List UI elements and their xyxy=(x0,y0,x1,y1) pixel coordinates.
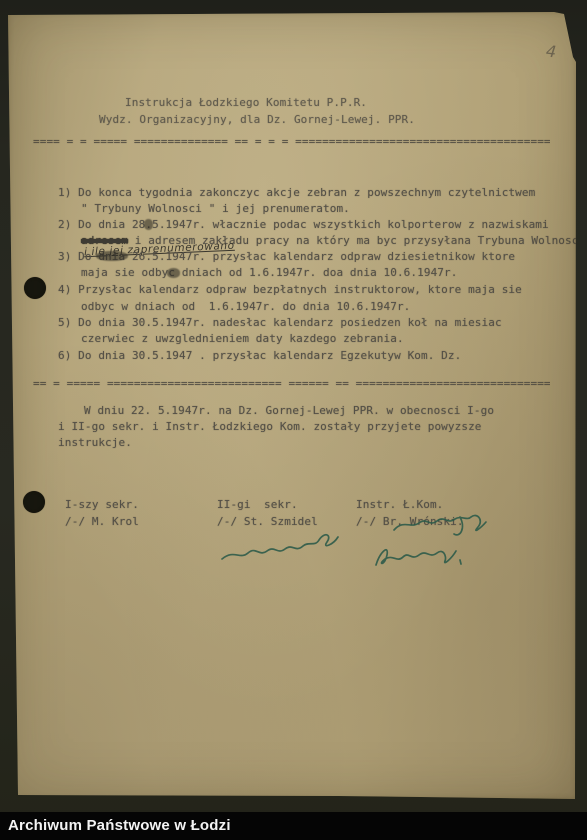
archive-caption: Archiwum Państwowe w Łodzi xyxy=(8,812,231,840)
instruction-line: 1) Do konca tygodnia zakonczyc akcje zeb… xyxy=(58,186,535,199)
instruction-line: 5) Do dnia 30.5.1947r. nadesłac kalendar… xyxy=(58,316,502,329)
separator-rule-bottom: == = ===== ========================== ==… xyxy=(33,377,550,390)
caption-bar: Archiwum Państwowe w Łodzi xyxy=(0,812,587,840)
signature-role-3: Instr. Ł.Kom. xyxy=(356,498,443,511)
punch-hole-bottom xyxy=(23,491,45,513)
instruction-line: odbyc w dniach od 1.6.1947r. do dnia 10.… xyxy=(81,300,410,313)
instruction-line: maja sie odbyc dniach od 1.6.1947r. doa … xyxy=(81,266,457,279)
instruction-line: czerwiec z uwzglednieniem daty kazdego z… xyxy=(81,332,404,345)
signature-name-2: /-/ St. Szmidel xyxy=(217,515,318,528)
ink-smudge xyxy=(144,219,153,230)
signature-name-3: /-/ Br. Wrónski. xyxy=(356,515,464,528)
instruction-line: 6) Do dnia 30.5.1947 . przysłac kalendar… xyxy=(58,349,461,362)
signature-scribble-szmidel xyxy=(222,535,338,559)
signature-role-1: I-szy sekr. xyxy=(65,498,139,511)
document-title-line2: Wydz. Organizacyjny, dla Dz. Gornej-Lewe… xyxy=(99,113,415,126)
signature-role-2: II-gi sekr. xyxy=(217,498,298,511)
instruction-line: 4) Przysłac kalendarz odpraw bezpłatnych… xyxy=(58,283,522,296)
closing-paragraph-line: W dniu 22. 5.1947r. na Dz. Gornej-Lewej … xyxy=(84,404,494,417)
closing-paragraph-line: i II-go sekr. i Instr. Łodzkiego Kom. zo… xyxy=(58,420,482,433)
ink-smudge xyxy=(96,251,128,261)
signature-scribble-lower xyxy=(376,550,461,565)
document-page: Instrukcja Łodzkiego Komitetu P.P.R. Wyd… xyxy=(8,12,576,799)
separator-rule-top: ==== = = ===== ============== == = = = =… xyxy=(33,135,550,148)
archive-scan-viewer: Instrukcja Łodzkiego Komitetu P.P.R. Wyd… xyxy=(0,0,587,840)
ink-smudge xyxy=(167,268,180,278)
signature-name-1: /-/ M. Krol xyxy=(65,515,139,528)
closing-paragraph-line: instrukcje. xyxy=(58,436,132,449)
punch-hole-top xyxy=(24,277,46,299)
instruction-line: " Trybuny Wolnosci " i jej prenumeratom. xyxy=(81,202,350,215)
document-title-line1: Instrukcja Łodzkiego Komitetu P.P.R. xyxy=(125,96,367,109)
page-number-annotation: 4 xyxy=(545,42,557,62)
instruction-line: 2) Do dnia 28.5.1947r. włacznie podac ws… xyxy=(58,218,549,231)
